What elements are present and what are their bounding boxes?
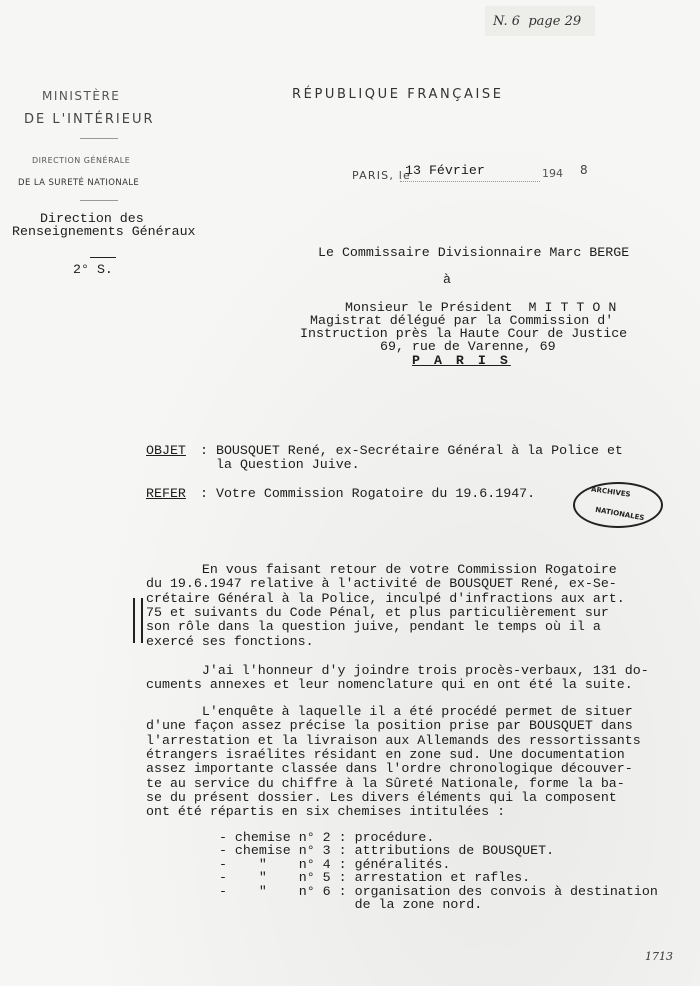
paragraph-line: En vous faisant retour de votre Commissi… (146, 563, 617, 576)
date-year-typed: 8 (580, 163, 588, 177)
sender: Le Commissaire Divisionnaire Marc BERGE (318, 246, 629, 259)
date-day-month: 13 Février (405, 164, 485, 177)
letterhead-divider (80, 138, 118, 139)
folio-number: 1713 (645, 950, 673, 963)
margin-mark (133, 598, 143, 643)
paragraph-line: te au service du chiffre à la Sûreté Nat… (146, 777, 625, 790)
to-word: à (443, 273, 451, 286)
republic-heading: RÉPUBLIQUE FRANÇAISE (292, 87, 504, 102)
recipient-city: P A R I S (412, 354, 511, 367)
chemise-item: de la zone nord. (195, 898, 482, 911)
ministry-line1: MINISTÈRE (42, 89, 120, 103)
paragraph-line: son rôle dans la question juive, pendant… (146, 620, 601, 633)
paragraph-line: crétaire Général à la Police, inculpé d'… (146, 592, 625, 605)
refer-label: REFER (146, 487, 186, 500)
stamp-top-text: ARCHIVES (591, 485, 631, 498)
ministry-line2: DE L'INTÉRIEUR (24, 112, 155, 127)
objet-label: OBJET (146, 444, 186, 457)
letterhead-divider (80, 200, 118, 201)
paragraph-line: d'une façon assez précise la position pr… (146, 719, 633, 732)
date-dotted-line (400, 181, 540, 182)
recipient-line: 69, rue de Varenne, 69 (380, 340, 556, 353)
service-line2: Renseignements Généraux (12, 225, 196, 238)
paragraph-line: l'arrestation et la livraison aux Allema… (146, 734, 641, 747)
chemise-item: - chemise n° 3 : attributions de BOUSQUE… (195, 844, 554, 857)
chemise-item: - chemise n° 2 : procédure. (195, 831, 434, 844)
stamp-bottom-text: NATIONALES (595, 506, 645, 522)
objet-text: : BOUSQUET René, ex-Secrétaire Général à… (200, 444, 623, 457)
paragraph-line: J'ai l'honneur d'y joindre trois procès-… (146, 664, 649, 677)
section-code: 2° S. (73, 263, 113, 276)
paragraph-line: assez importante classée dans l'ordre ch… (146, 762, 633, 775)
direction-line2: DE LA SURETÉ NATIONALE (18, 178, 139, 188)
paragraph-line: étrangers israélites résidant en zone su… (146, 748, 625, 761)
paragraph-line: 75 et suivants du Code Pénal, et plus pa… (146, 606, 609, 619)
chemise-item: - " n° 4 : généralités. (195, 858, 450, 871)
section-rule (90, 257, 116, 258)
paragraph-line: exercé ses fonctions. (146, 635, 314, 648)
paragraph-line: cuments annexes et leur nomenclature qui… (146, 678, 633, 691)
date-year-printed: 194 (542, 167, 563, 180)
paragraph-line: ont été répartis en six chemises intitul… (146, 805, 505, 818)
paragraph-line: L'enquête à laquelle il a été procédé pe… (146, 705, 633, 718)
paragraph-line: se du présent dossier. Les divers élémen… (146, 791, 617, 804)
handwritten-note: N. 6 page 29 (485, 6, 595, 36)
archives-stamp: ARCHIVES NATIONALES (573, 482, 663, 528)
objet-text: la Question Juive. (216, 458, 360, 471)
chemise-item: - " n° 6 : organisation des convois à de… (195, 885, 658, 898)
direction-line1: DIRECTION GÉNÉRALE (32, 156, 130, 165)
document-page: N. 6 page 29 MINISTÈRE DE L'INTÉRIEUR DI… (0, 0, 700, 986)
paragraph-line: du 19.6.1947 relative à l'activité de BO… (146, 577, 617, 590)
chemise-item: - " n° 5 : arrestation et rafles. (195, 871, 530, 884)
refer-text: : Votre Commission Rogatoire du 19.6.194… (200, 487, 535, 500)
